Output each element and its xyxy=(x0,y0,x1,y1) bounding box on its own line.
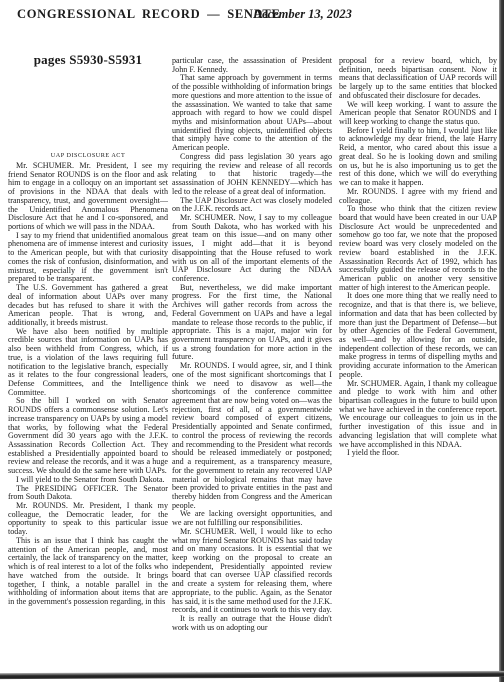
article-heading: UAP DISCLOSURE ACT xyxy=(8,152,168,160)
paragraph: This is an issue that I think has caught… xyxy=(8,537,168,607)
paragraph: The PRESIDING OFFICER. The Senator from … xyxy=(8,485,168,502)
scan-artifact-bottom-edge xyxy=(0,671,504,679)
paragraph: We are lacking oversight opportunities, … xyxy=(172,510,332,527)
paragraph: That same approach by government in term… xyxy=(172,74,332,152)
paragraph: Mr. SCHUMER. Well, I would like to echo … xyxy=(172,528,332,615)
paragraph: Mr. ROUNDS. I would agree, sir, and I th… xyxy=(172,362,332,510)
congressional-record-page: CONGRESSIONAL RECORD — SENATE December 1… xyxy=(0,0,504,682)
paragraph: Mr. ROUNDS. Mr. President, I thank my co… xyxy=(8,502,168,537)
paragraph: The UAP Disclosure Act was closely model… xyxy=(172,197,332,214)
paragraph: I say to my friend that unidentified ano… xyxy=(8,232,168,284)
paragraph: But, nevertheless, we did make important… xyxy=(172,284,332,362)
paragraph: We have also been notified by multiple c… xyxy=(8,328,168,398)
text-column-middle: particular case, the assassination of Pr… xyxy=(172,57,332,632)
paragraph: The U.S. Government has gathered a great… xyxy=(8,284,168,328)
column-middle-paragraphs: particular case, the assassination of Pr… xyxy=(172,57,332,632)
text-column-right: proposal for a review board, which, by d… xyxy=(339,57,497,458)
paragraph: It does one more thing that we really ne… xyxy=(339,292,497,379)
paragraph: We will keep working. I want to assure t… xyxy=(339,101,497,127)
paragraph: It is really an outrage that the House d… xyxy=(172,615,332,632)
paragraph: To those who think that the citizen revi… xyxy=(339,205,497,292)
paragraph: Mr. SCHUMER. Mr. President, I see my fri… xyxy=(8,162,168,232)
paragraph: Mr. ROUNDS. I agree with my friend and c… xyxy=(339,188,497,205)
record-date: December 13, 2023 xyxy=(253,7,352,22)
paragraph: So the bill I worked on with Senator ROU… xyxy=(8,397,168,475)
paragraph: Mr. SCHUMER. Again, I thank my colleague… xyxy=(339,380,497,450)
paragraph: particular case, the assassination of Pr… xyxy=(172,57,332,74)
paragraph: Congress did pass legislation 30 years a… xyxy=(172,153,332,197)
paragraph: Before I yield finally to him, I would j… xyxy=(339,127,497,188)
paragraph: Mr. SCHUMER. Now, I say to my colleague … xyxy=(172,214,332,284)
column-right-paragraphs: proposal for a review board, which, by d… xyxy=(339,57,497,458)
record-title: CONGRESSIONAL RECORD — SENATE xyxy=(17,7,281,22)
text-column-left: UAP DISCLOSURE ACT Mr. SCHUMER. Mr. Pres… xyxy=(8,57,168,607)
paragraph: proposal for a review board, which, by d… xyxy=(339,57,497,101)
paragraph: I yield the floor. xyxy=(339,449,497,458)
scan-artifact-right-edge xyxy=(499,0,504,682)
column-left-paragraphs: Mr. SCHUMER. Mr. President, I see my fri… xyxy=(8,162,168,607)
